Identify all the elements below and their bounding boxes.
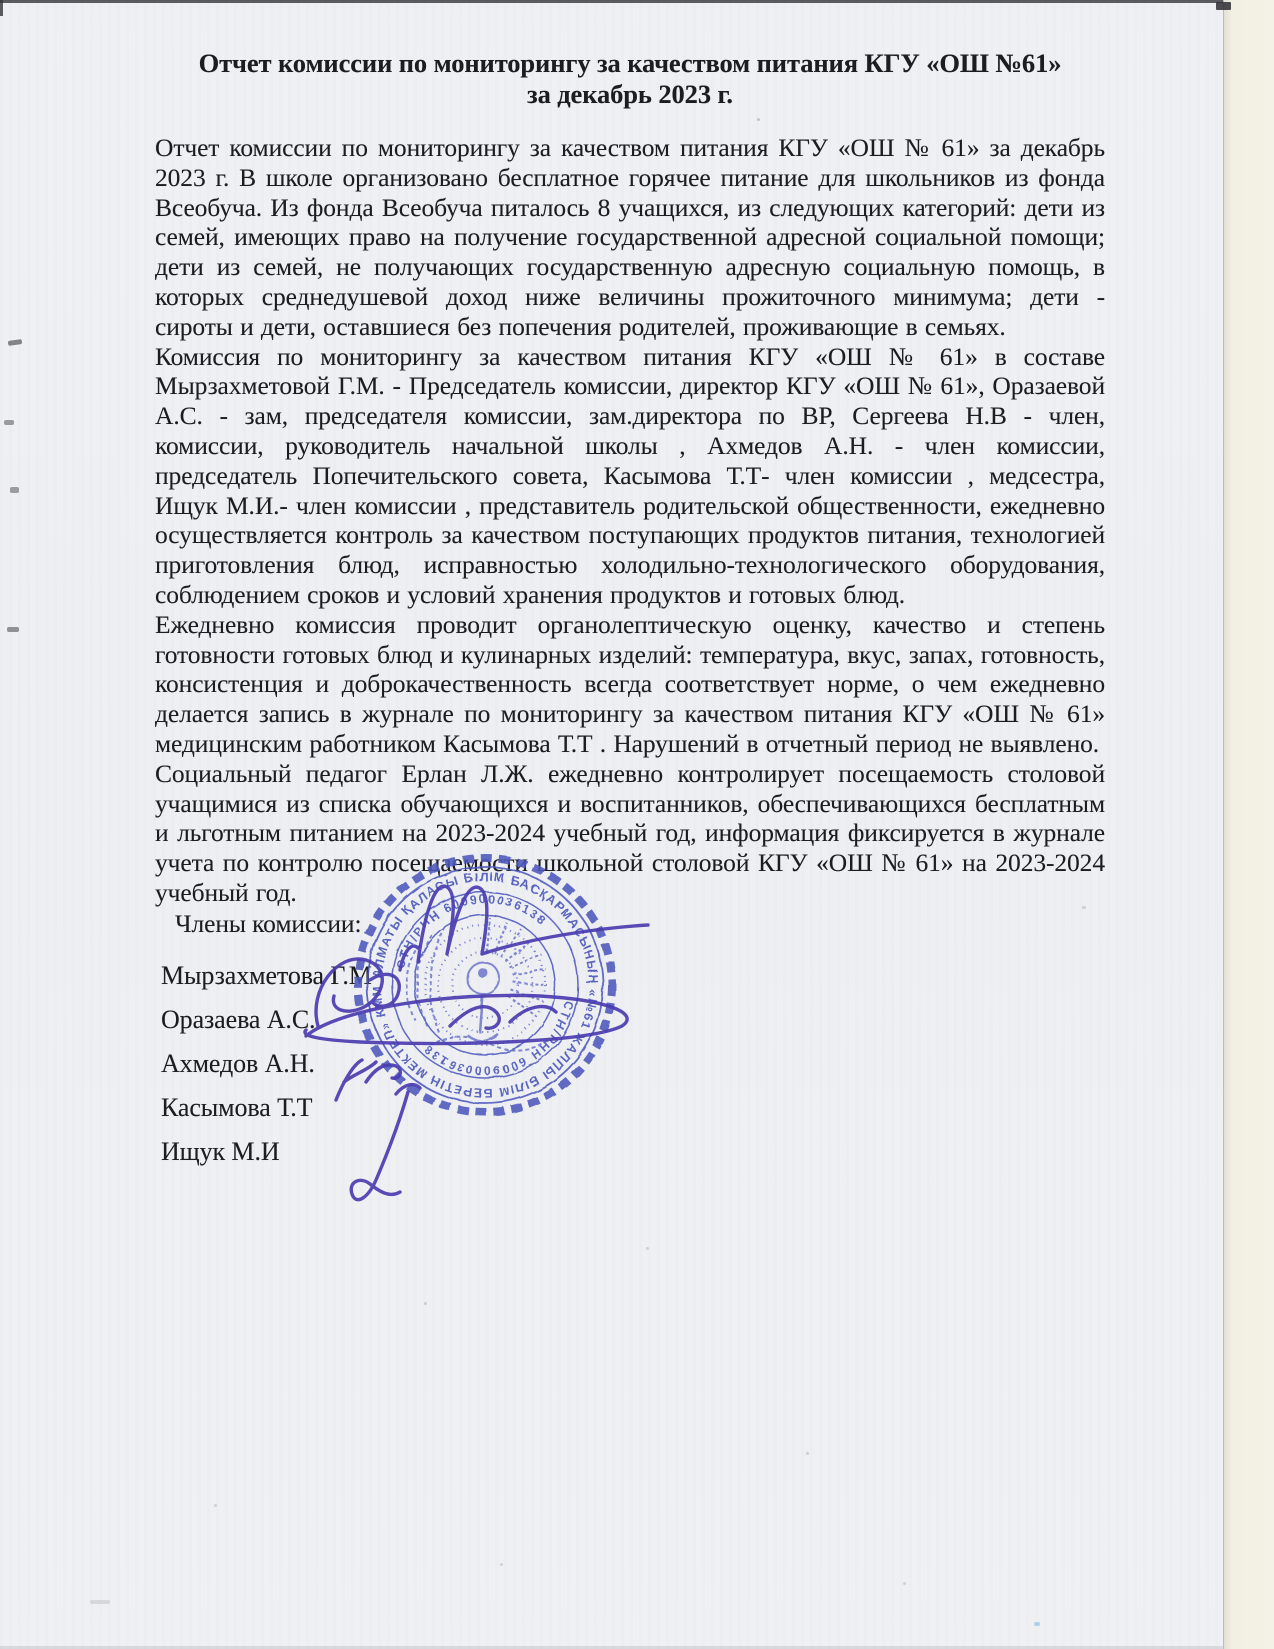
paragraph-daily-checks: Ежедневно комиссия проводит органолептич…	[155, 610, 1105, 759]
document-title-line1: Отчет комиссии по мониторингу за качеств…	[155, 48, 1105, 79]
scan-speckle	[757, 118, 760, 121]
paragraph-attendance-log: Социальный педагог Ерлан Л.Ж. ежедневно …	[155, 759, 1105, 908]
scan-speckle	[948, 262, 951, 265]
paragraph-commission-members: Комиссия по мониторингу за качеством пит…	[155, 342, 1105, 610]
scan-speckle	[352, 597, 356, 601]
document-content: Отчет комиссии по мониторингу за качеств…	[155, 48, 1105, 1181]
document-body: Отчет комиссии по мониторингу за качеств…	[155, 133, 1105, 908]
scan-corner-mark	[1216, 2, 1231, 10]
scan-speckle	[1082, 906, 1086, 909]
member-name-myrzakhmetova: Мырзахметова Г.М	[155, 961, 1105, 1005]
scan-speckle	[90, 1600, 110, 1604]
scan-speckle	[806, 1452, 809, 1455]
scan-edge-top	[0, 0, 1224, 3]
scanned-page: Отчет комиссии по мониторингу за качеств…	[0, 0, 1274, 1649]
scan-speckle	[214, 1504, 217, 1507]
scan-speckle	[8, 339, 23, 346]
scan-speckle	[500, 1563, 503, 1566]
document-title-line2: за декабрь 2023 г.	[155, 79, 1105, 110]
member-name-akhmedov: Ахмедов А.Н.	[155, 1049, 1105, 1093]
members-list: Мырзахметова Г.М Оразаева А.С. Ахмедов А…	[155, 961, 1105, 1181]
scan-speckle-blue	[1034, 1622, 1040, 1626]
scan-speckle	[646, 1247, 649, 1250]
scan-speckle	[4, 420, 14, 425]
paragraph-free-meals: Отчет комиссии по мониторингу за качеств…	[155, 133, 1105, 342]
members-heading: Члены комиссии:	[155, 908, 1105, 939]
scan-speckle	[10, 487, 19, 493]
scan-speckle	[7, 627, 19, 632]
scan-speckle	[424, 1302, 427, 1305]
member-name-kasymova: Касымова Т.Т	[155, 1093, 1105, 1137]
member-name-orazaeva: Оразаева А.С.	[155, 1005, 1105, 1049]
scan-edge-right-strip	[1223, 0, 1274, 1649]
member-name-ishchuk: Ищук М.И	[155, 1137, 1105, 1181]
scan-speckle	[903, 1582, 906, 1585]
scan-edge-left	[0, 0, 3, 16]
